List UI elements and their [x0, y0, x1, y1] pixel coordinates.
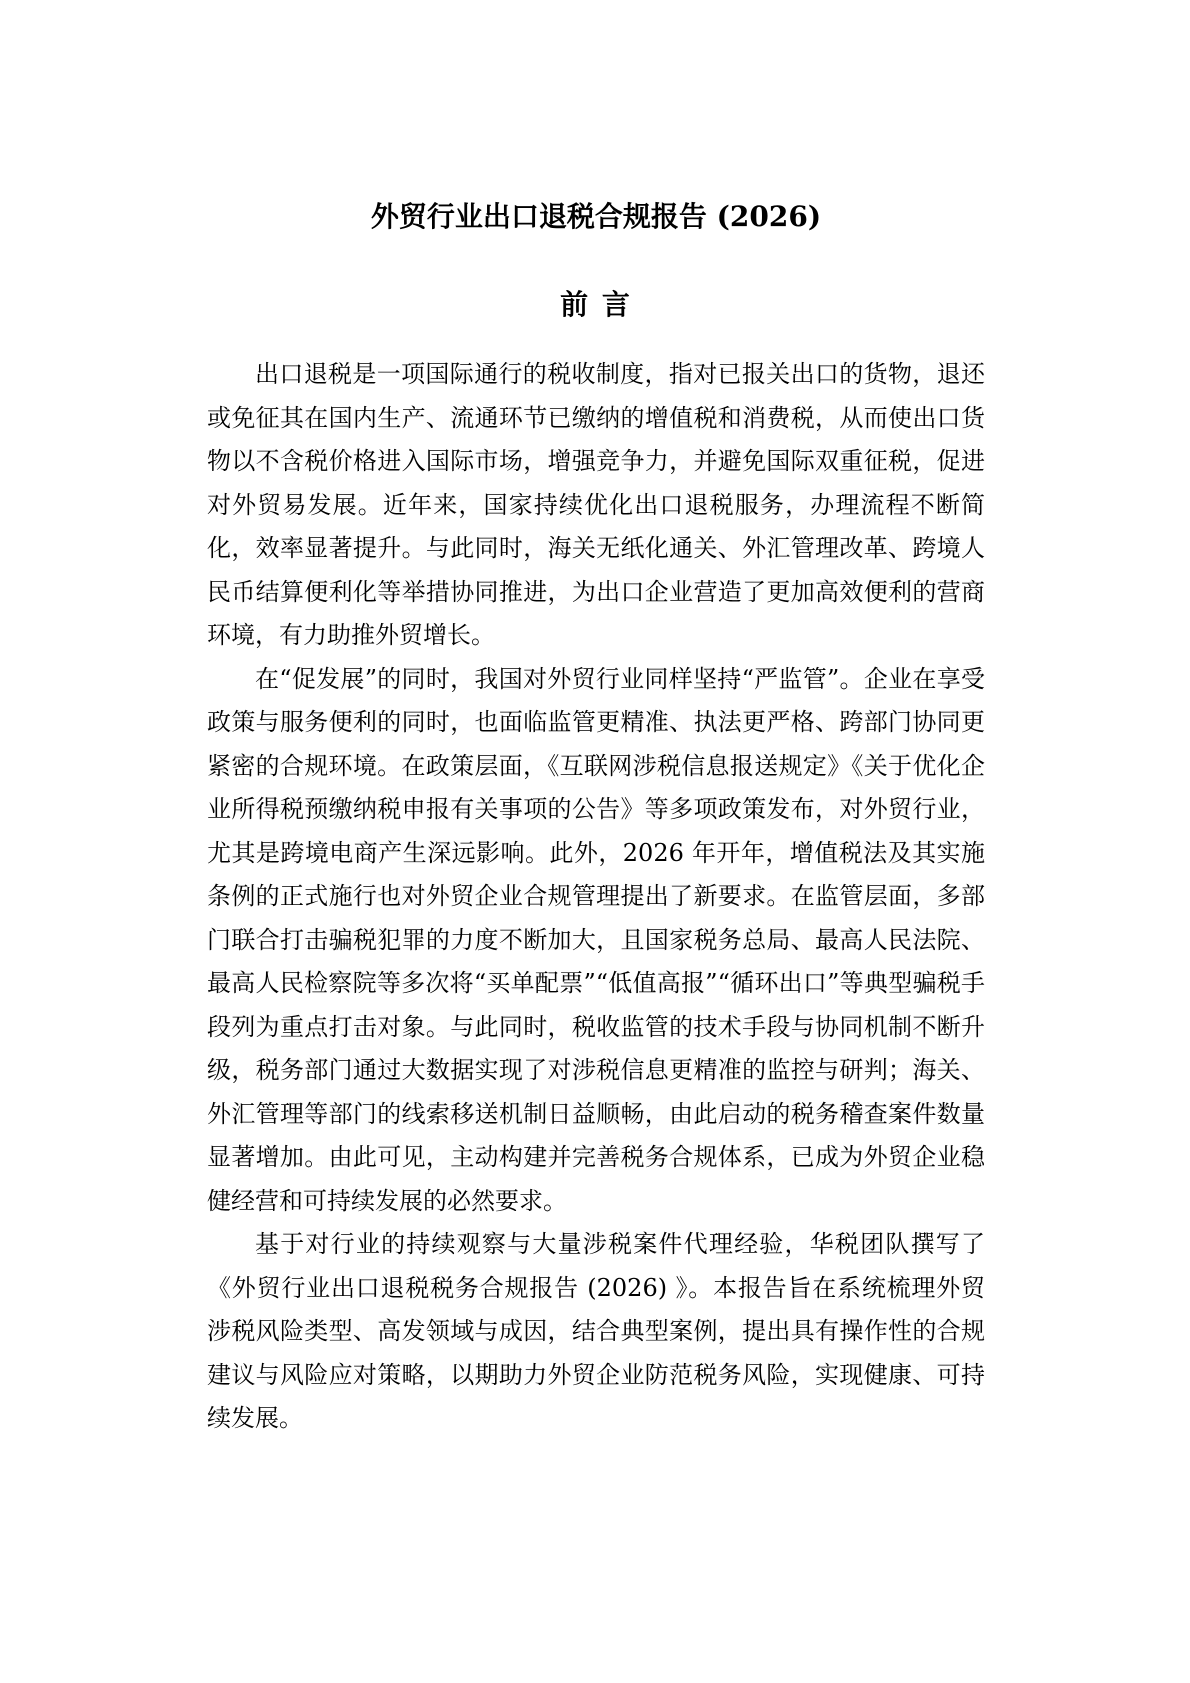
- paragraph-2: 在“促发展”的同时，我国对外贸行业同样坚持“严监管”。企业在享受政策与服务便利的…: [207, 658, 985, 1224]
- paragraph-3: 基于对行业的持续观察与大量涉税案件代理经验，华税团队撰写了《外贸行业出口退税税务…: [207, 1223, 985, 1441]
- paragraph-1: 出口退税是一项国际通行的税收制度，指对已报关出口的货物，退还或免征其在国内生产、…: [207, 353, 985, 658]
- preface-body: 出口退税是一项国际通行的税收制度，指对已报关出口的货物，退还或免征其在国内生产、…: [207, 353, 985, 1441]
- page-content: 外贸行业出口退税合规报告 (2026) 前 言 出口退税是一项国际通行的税收制度…: [207, 0, 985, 1441]
- document-title: 外贸行业出口退税合规报告 (2026): [207, 198, 985, 236]
- preface-heading: 前 言: [207, 286, 985, 324]
- document-page: 外贸行业出口退税合规报告 (2026) 前 言 出口退税是一项国际通行的税收制度…: [0, 0, 1190, 1683]
